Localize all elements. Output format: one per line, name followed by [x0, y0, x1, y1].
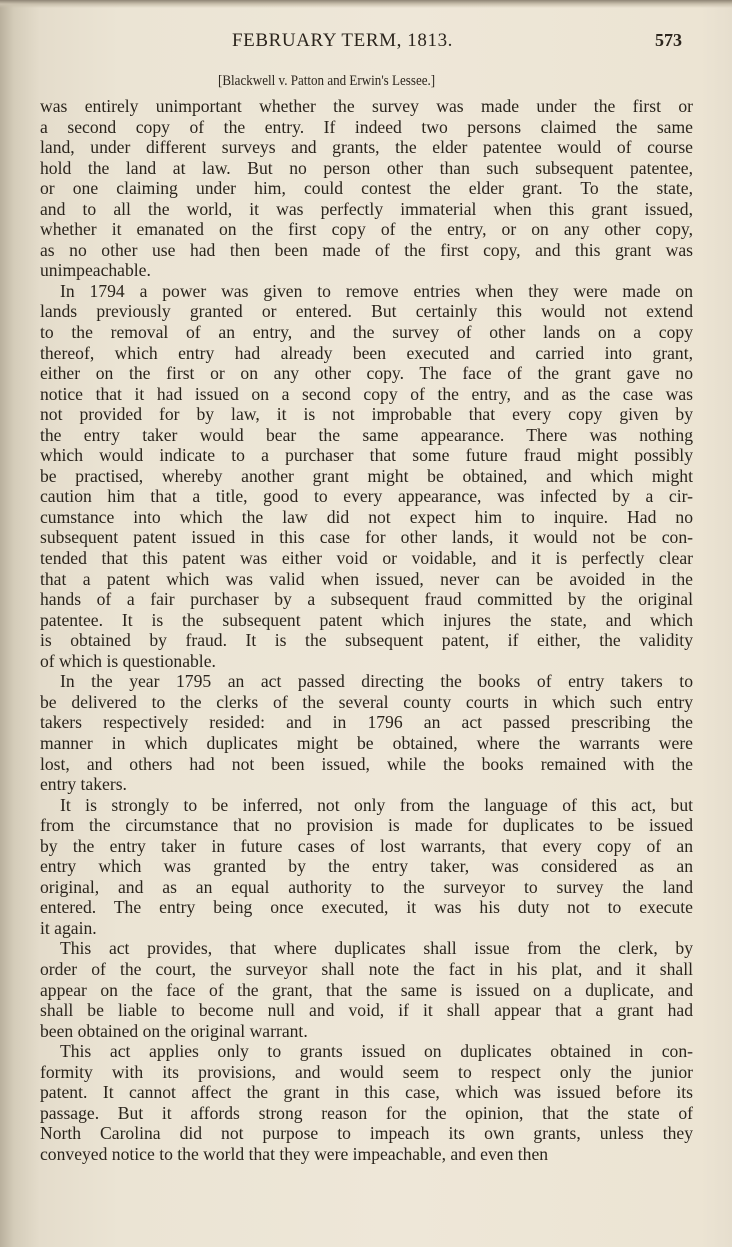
text-line: be practised, whereby another grant migh… — [40, 466, 693, 487]
text-line: been obtained on the original warrant. — [40, 1021, 693, 1042]
text-line: lands previously granted or entered. But… — [40, 301, 693, 322]
text-line: be delivered to the clerks of the severa… — [40, 692, 693, 713]
text-line: the entry taker would bear the same appe… — [40, 425, 693, 446]
text-line: by the entry taker in future cases of lo… — [40, 836, 693, 857]
text-line: from the circumstance that no provision … — [40, 815, 693, 836]
text-line: subsequent patent issued in this case fo… — [40, 527, 693, 548]
text-line: unimpeachable. — [40, 260, 693, 281]
text-line: patentee. It is the subsequent patent wh… — [40, 610, 693, 631]
text-line: shall be liable to become null and void,… — [40, 1000, 693, 1021]
text-line: not provided for by law, it is not impro… — [40, 404, 693, 425]
text-line: North Carolina did not purpose to impeac… — [40, 1123, 693, 1144]
text-line: and to all the world, it was perfectly i… — [40, 199, 693, 220]
text-line: which would indicate to a purchaser that… — [40, 445, 693, 466]
text-line: notice that it had issued on a second co… — [40, 384, 693, 405]
text-line: formity with its provisions, and would s… — [40, 1062, 693, 1083]
text-line: as no other use had then been made of th… — [40, 240, 693, 261]
text-line: was entirely unimportant whether the sur… — [40, 96, 693, 117]
text-line: whether it emanated on the first copy of… — [40, 219, 693, 240]
text-line: of which is questionable. — [40, 651, 693, 672]
page-header: FEBRUARY TERM, 1813. 573 — [0, 30, 732, 56]
text-line: entry takers. — [40, 774, 693, 795]
text-line: lost, and others had not been issued, wh… — [40, 754, 693, 775]
page-number: 573 — [655, 30, 682, 51]
running-title: FEBRUARY TERM, 1813. — [232, 30, 492, 52]
text-line: cumstance into which the law did not exp… — [40, 507, 693, 528]
text-line: patent. It cannot affect the grant in th… — [40, 1082, 693, 1103]
text-line: thereof, which entry had already been ex… — [40, 343, 693, 364]
text-line: conveyed notice to the world that they w… — [40, 1144, 693, 1165]
body-text: was entirely unimportant whether the sur… — [40, 96, 693, 1164]
text-line: This act provides, that where duplicates… — [40, 938, 693, 959]
text-line: entered. The entry being once executed, … — [40, 897, 693, 918]
text-line: This act applies only to grants issued o… — [40, 1041, 693, 1062]
page-edge-shadow — [0, 0, 732, 8]
paragraph: It is strongly to be inferred, not only … — [40, 795, 693, 939]
text-line: tended that this patent was either void … — [40, 548, 693, 569]
text-line: land, under different surveys and grants… — [40, 137, 693, 158]
text-line: a second copy of the entry. If indeed tw… — [40, 117, 693, 138]
paragraph: This act provides, that where duplicates… — [40, 938, 693, 1041]
text-line: to the removal of an entry, and the surv… — [40, 322, 693, 343]
text-line: In 1794 a power was given to remove entr… — [40, 281, 693, 302]
text-line: either on the first or on any other copy… — [40, 363, 693, 384]
text-line: appear on the face of the grant, that th… — [40, 980, 693, 1001]
paragraph: In the year 1795 an act passed directing… — [40, 671, 693, 794]
text-line: that a patent which was valid when issue… — [40, 569, 693, 590]
paragraph: was entirely unimportant whether the sur… — [40, 96, 693, 281]
text-line: passage. But it affords strong reason fo… — [40, 1103, 693, 1124]
text-line: it again. — [40, 918, 693, 939]
paragraph: This act applies only to grants issued o… — [40, 1041, 693, 1164]
text-line: It is strongly to be inferred, not only … — [40, 795, 693, 816]
text-line: hands of a fair purchaser by a subsequen… — [40, 589, 693, 610]
text-line: entry which was granted by the entry tak… — [40, 856, 693, 877]
case-caption: [Blackwell v. Patton and Erwin's Lessee.… — [218, 73, 497, 90]
text-line: order of the court, the surveyor shall n… — [40, 959, 693, 980]
text-line: original, and as an equal authority to t… — [40, 877, 693, 898]
text-line: caution him that a title, good to every … — [40, 486, 693, 507]
text-line: manner in which duplicates might be obta… — [40, 733, 693, 754]
text-line: In the year 1795 an act passed directing… — [40, 671, 693, 692]
text-line: takers respectively resided: and in 1796… — [40, 712, 693, 733]
paragraph: In 1794 a power was given to remove entr… — [40, 281, 693, 671]
text-line: hold the land at law. But no person othe… — [40, 158, 693, 179]
text-line: is obtained by fraud. It is the subseque… — [40, 630, 693, 651]
text-line: or one claiming under him, could contest… — [40, 178, 693, 199]
